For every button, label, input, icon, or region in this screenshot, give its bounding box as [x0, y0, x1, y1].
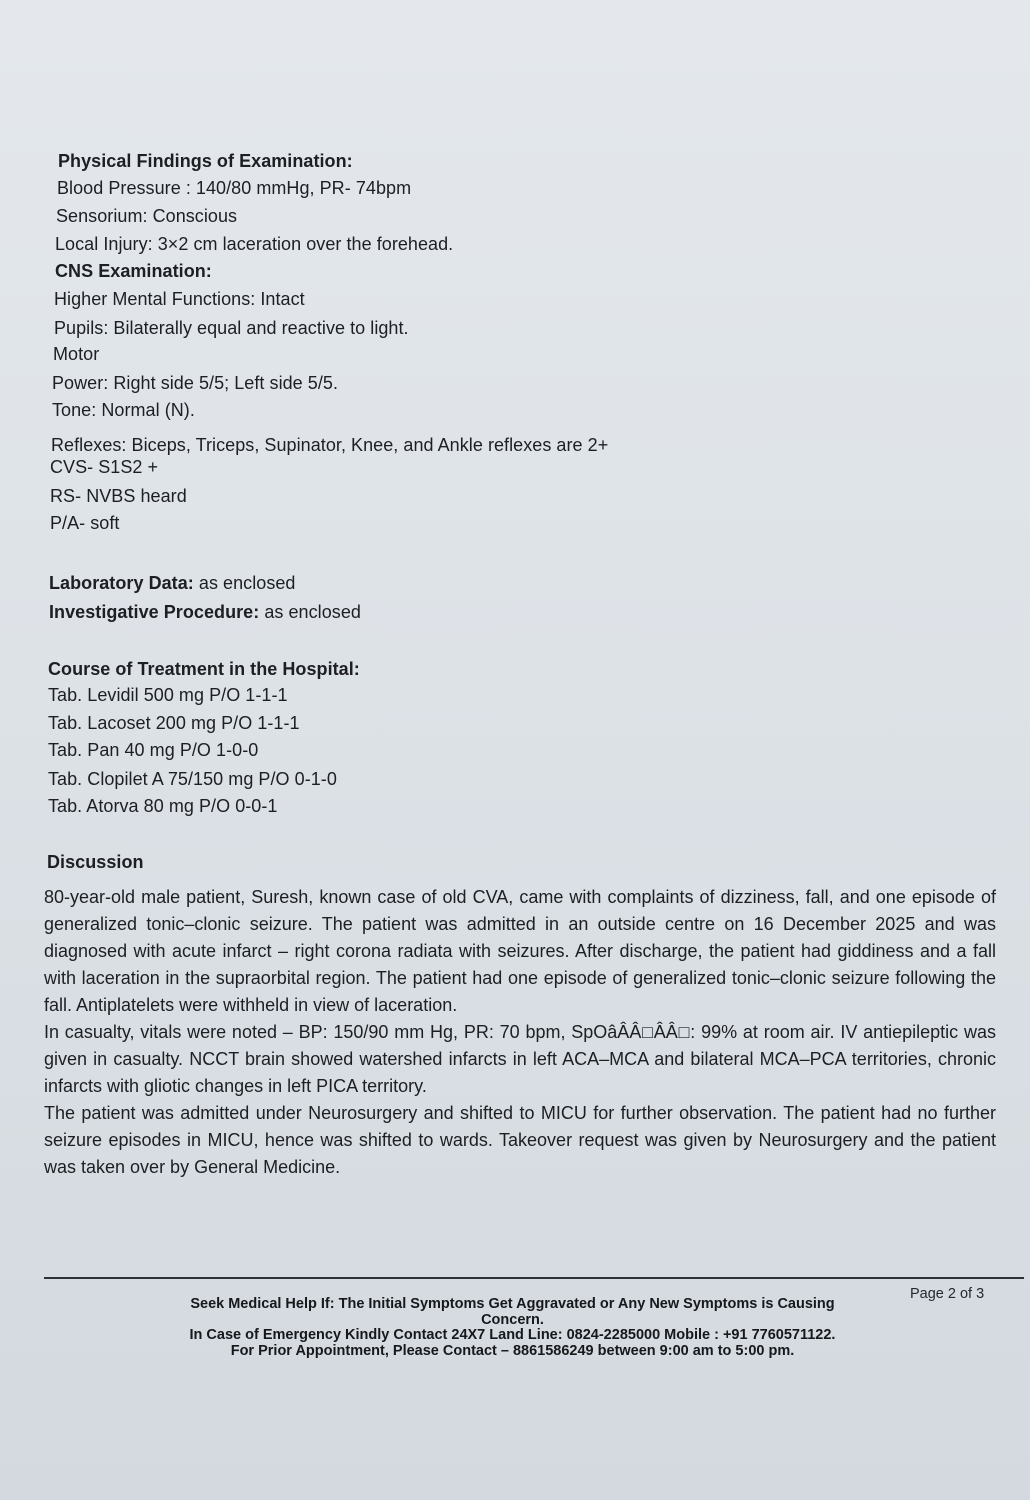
reflexes-line: Reflexes: Biceps, Triceps, Supinator, Kn… — [51, 434, 608, 456]
footer-notice-line: Seek Medical Help If: The Initial Sympto… — [150, 1297, 875, 1313]
medication-item: Tab. Lacoset 200 mg P/O 1-1-1 — [48, 712, 300, 734]
investigative-procedure-line: Investigative Procedure: as enclosed — [49, 601, 361, 623]
motor-line: Motor — [53, 343, 99, 365]
discussion-heading: Discussion — [47, 851, 144, 873]
physical-findings-heading: Physical Findings of Examination: — [58, 150, 353, 172]
laboratory-data-value: as enclosed — [194, 573, 296, 593]
power-line: Power: Right side 5/5; Left side 5/5. — [52, 372, 338, 394]
footer-emergency-contact: In Case of Emergency Kindly Contact 24X7… — [150, 1328, 875, 1344]
medication-item: Tab. Pan 40 mg P/O 1-0-0 — [48, 739, 258, 761]
medication-item: Tab. Levidil 500 mg P/O 1-1-1 — [48, 684, 288, 706]
pa-line: P/A- soft — [50, 512, 119, 534]
footer-notice: Seek Medical Help If: The Initial Sympto… — [150, 1297, 875, 1359]
page-number: Page 2 of 3 — [910, 1286, 984, 1302]
discussion-paragraph: In casualty, vitals were noted – BP: 150… — [44, 1019, 996, 1100]
footer-appointment-contact: For Prior Appointment, Please Contact – … — [150, 1344, 875, 1360]
medication-item: Tab. Atorva 80 mg P/O 0-0-1 — [48, 795, 277, 817]
discussion-body: 80-year-old male patient, Suresh, known … — [44, 884, 996, 1181]
cns-examination-heading: CNS Examination: — [55, 260, 212, 282]
tone-line: Tone: Normal (N). — [52, 399, 195, 421]
medication-item: Tab. Clopilet A 75/150 mg P/O 0-1-0 — [48, 768, 337, 790]
footer-divider — [44, 1277, 1024, 1279]
rs-line: RS- NVBS heard — [50, 485, 187, 507]
laboratory-data-line: Laboratory Data: as enclosed — [49, 572, 296, 594]
investigative-procedure-label: Investigative Procedure: — [49, 602, 259, 622]
discussion-paragraph: 80-year-old male patient, Suresh, known … — [44, 884, 996, 1019]
laboratory-data-label: Laboratory Data: — [49, 573, 194, 593]
local-injury-line: Local Injury: 3×2 cm laceration over the… — [55, 233, 453, 255]
higher-mental-functions-line: Higher Mental Functions: Intact — [54, 288, 305, 310]
blood-pressure-line: Blood Pressure : 140/80 mmHg, PR- 74bpm — [57, 177, 411, 199]
footer-notice-line: Concern. — [150, 1313, 875, 1329]
course-of-treatment-heading: Course of Treatment in the Hospital: — [48, 658, 360, 680]
sensorium-line: Sensorium: Conscious — [56, 205, 237, 227]
discussion-paragraph: The patient was admitted under Neurosurg… — [44, 1100, 996, 1181]
cvs-line: CVS- S1S2 + — [50, 456, 158, 478]
pupils-line: Pupils: Bilaterally equal and reactive t… — [54, 317, 409, 339]
discharge-summary-page: ​ Physical Findings of Examination: Bloo… — [0, 0, 1030, 1500]
investigative-procedure-value: as enclosed — [259, 602, 361, 622]
